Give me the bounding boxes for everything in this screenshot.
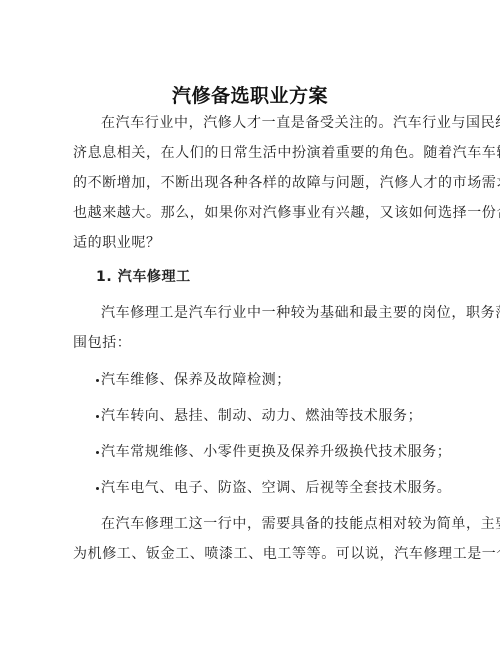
bullet-text: 汽车电气、电子、防盗、空调、后视等全套技术服务。 [101, 480, 451, 496]
section-heading: 1. 汽车修理工 [96, 268, 446, 286]
bullet-item-2: 汽车转向、悬挂、制动、动力、燃油等技术服务； [96, 407, 446, 425]
bullet-dot-icon [96, 451, 99, 454]
bullet-text: 汽车常规维修、小零件更换及保养升级换代技术服务； [101, 444, 451, 460]
bullet-dot-icon [96, 379, 99, 382]
bullet-dot-icon [96, 415, 99, 418]
intro-line-5: 适的职业呢？ [73, 234, 423, 252]
bullet-item-1: 汽车维修、保养及故障检测； [96, 371, 446, 389]
bullet-item-4: 汽车电气、电子、防盗、空调、后视等全套技术服务。 [96, 479, 446, 497]
closing-line-1: 在汽车修理工这一行中，需要具备的技能点相对较为简单，主要 [101, 515, 451, 533]
document-page: 汽修备选职业方案 在汽车行业中，汽修人才一直是备受关注的。汽车行业与国民经 济息… [0, 0, 500, 647]
bullet-text: 汽车转向、悬挂、制动、动力、燃油等技术服务； [101, 408, 422, 424]
closing-line-2: 为机修工、钣金工、喷漆工、电工等等。可以说，汽车修理工是一个 [73, 545, 423, 563]
bullet-dot-icon [96, 487, 99, 490]
intro-line-4: 也越来越大。那么，如果你对汽修事业有兴趣，又该如何选择一份合 [73, 204, 423, 222]
intro-line-2: 济息息相关，在人们的日常生活中扮演着重要的角色。随着汽车车辆 [73, 144, 423, 162]
bullet-item-3: 汽车常规维修、小零件更换及保养升级换代技术服务； [96, 443, 446, 461]
intro-line-3: 的不断增加，不断出现各种各样的故障与问题，汽修人才的市场需求 [73, 174, 423, 192]
document-title: 汽修备选职业方案 [0, 84, 500, 108]
section-desc-line-1: 汽车修理工是汽车行业中一种较为基础和最主要的岗位，职务范 [101, 304, 451, 322]
section-desc-line-2: 围包括： [73, 334, 423, 352]
intro-line-1: 在汽车行业中，汽修人才一直是备受关注的。汽车行业与国民经 [101, 114, 451, 132]
bullet-text: 汽车维修、保养及故障检测； [101, 372, 291, 388]
